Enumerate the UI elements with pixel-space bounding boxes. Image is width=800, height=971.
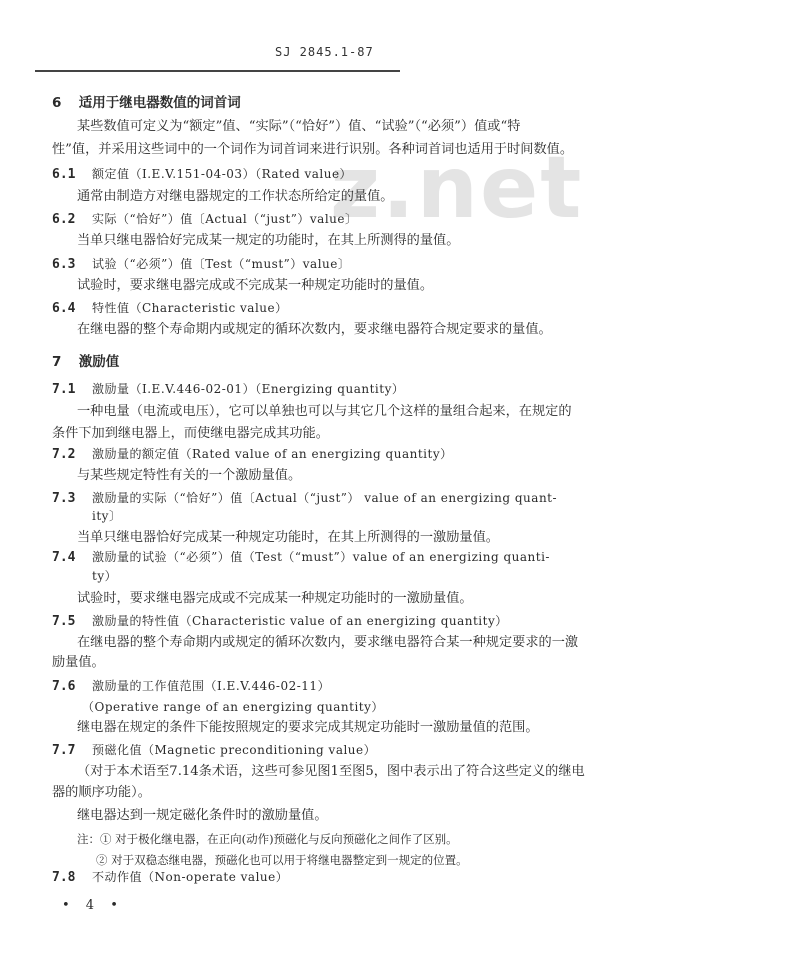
clause-body: 器的顺序功能）。	[52, 784, 151, 802]
clause-number: 7.5	[52, 613, 92, 631]
clause-body: 继电器在规定的条件下能按照规定的要求完成其规定功能时一激励量值的范围。	[77, 719, 539, 737]
clause-title: 激励量的试验（“必须”）值（Test（“must”）value of an en…	[92, 550, 550, 564]
clause-body: 条件下加到继电器上，而使继电器完成其功能。	[52, 425, 329, 443]
section-heading-7: 7 激励值	[52, 353, 119, 371]
page-number: • 4 •	[62, 898, 124, 913]
clause-heading-6-2: 6.2实际（“恰好”）值〔Actual（“just”）value〕	[52, 210, 358, 229]
clause-number: 7.2	[52, 446, 92, 464]
clause-title: 激励量的特性值（Characteristic value of an energ…	[92, 614, 508, 628]
clause-body: 当单只继电器恰好完成某一规定的功能时，在其上所测得的量值。	[77, 232, 459, 250]
paragraph: 性”值，并采用这些词中的一个词作为词首词来进行识别。各种词首词也适用于时间数值。	[52, 141, 573, 159]
section-heading-6: 6 适用于继电器数值的词首词	[52, 94, 241, 112]
clause-body: 在继电器的整个寿命期内或规定的循环次数内，要求继电器符合某一种规定要求的一激	[77, 634, 578, 652]
clause-heading-6-1: 6.1额定值（I.E.V.151-04-03）（Rated value）	[52, 165, 352, 184]
clause-body: 继电器达到一规定磁化条件时的激励量值。	[77, 807, 328, 825]
clause-body: 励量值。	[52, 654, 105, 672]
clause-body: 与某些规定特性有关的一个激励量值。	[77, 467, 301, 485]
paragraph: 某些数值可定义为“额定”值、“实际”（“恰好”）值、“试验”（“必须”）值或“特	[77, 118, 520, 136]
clause-body: 一种电量（电流或电压），它可以单独也可以与其它几个这样的量组合起来，在规定的	[77, 403, 572, 421]
clause-number: 7.7	[52, 742, 92, 760]
clause-heading-7-8: 7.8不动作值（Non-operate value）	[52, 868, 288, 887]
clause-heading-7-4: 7.4激励量的试验（“必须”）值（Test（“must”）value of an…	[52, 548, 550, 567]
note-1: 注：① 对于极化继电器，在正向(动作)预磁化与反向预磁化之间作了区别。	[77, 830, 458, 848]
note-2: ② 对于双稳态继电器，预磁化也可以用于将继电器整定到一规定的位置。	[96, 851, 468, 869]
clause-heading-6-3: 6.3试验（“必须”）值〔Test（“must”）value〕	[52, 255, 350, 274]
clause-title-continuation: （Operative range of an energizing quanti…	[82, 698, 384, 716]
clause-title: 特性值（Characteristic value）	[92, 301, 288, 315]
clause-title: 预磁化值（Magnetic preconditioning value）	[92, 743, 376, 757]
clause-heading-7-3: 7.3激励量的实际（“恰好”）值〔Actual（“just”） value of…	[52, 489, 557, 508]
header-rule	[35, 70, 400, 72]
clause-body: 试验时，要求继电器完成或不完成某一种规定功能时的一激励量值。	[77, 590, 473, 608]
clause-title: 激励量的实际（“恰好”）值〔Actual（“just”） value of an…	[92, 491, 557, 505]
clause-number: 6.3	[52, 256, 92, 274]
clause-title: 激励量的额定值（Rated value of an energizing qua…	[92, 447, 453, 461]
clause-number: 6.2	[52, 211, 92, 229]
clause-body: 通常由制造方对继电器规定的工作状态所给定的量值。	[77, 188, 394, 206]
clause-title-continuation: ity〕	[92, 507, 121, 525]
section-number: 7	[52, 353, 74, 371]
clause-number: 7.4	[52, 549, 92, 567]
clause-title: 实际（“恰好”）值〔Actual（“just”）value〕	[92, 212, 358, 226]
clause-heading-7-2: 7.2激励量的额定值（Rated value of an energizing …	[52, 445, 453, 464]
clause-heading-6-4: 6.4特性值（Characteristic value）	[52, 299, 288, 318]
clause-title: 试验（“必须”）值〔Test（“must”）value〕	[92, 257, 350, 271]
clause-heading-7-6: 7.6激励量的工作值范围（I.E.V.446-02-11）	[52, 677, 330, 696]
clause-number: 7.8	[52, 869, 92, 887]
clause-number: 6.1	[52, 166, 92, 184]
clause-title: 激励量（I.E.V.446-02-01）（Energizing quantity…	[92, 382, 404, 396]
clause-title: 不动作值（Non-operate value）	[92, 870, 288, 884]
clause-number: 7.6	[52, 678, 92, 696]
clause-body: 在继电器的整个寿命期内或规定的循环次数内，要求继电器符合规定要求的量值。	[77, 321, 552, 339]
clause-number: 6.4	[52, 300, 92, 318]
clause-body: 试验时，要求继电器完成或不完成某一种规定功能时的量值。	[77, 277, 433, 295]
clause-body: （对于本术语至7.14条术语，这些可参见图1至图5，图中表示出了符合这些定义的继…	[77, 763, 585, 781]
clause-heading-7-7: 7.7预磁化值（Magnetic preconditioning value）	[52, 741, 376, 760]
clause-heading-7-5: 7.5激励量的特性值（Characteristic value of an en…	[52, 612, 508, 631]
clause-body: 当单只继电器恰好完成某一种规定功能时，在其上所测得的一激励量值。	[77, 529, 499, 547]
standard-code: SJ 2845.1-87	[275, 45, 374, 59]
clause-title: 激励量的工作值范围（I.E.V.446-02-11）	[92, 679, 330, 693]
clause-number: 7.1	[52, 381, 92, 399]
section-number: 6	[52, 94, 74, 112]
clause-heading-7-1: 7.1激励量（I.E.V.446-02-01）（Energizing quant…	[52, 380, 404, 399]
section-title: 适用于继电器数值的词首词	[79, 95, 241, 111]
document-page: z.net SJ 2845.1-87 6 适用于继电器数值的词首词 某些数值可定…	[0, 0, 800, 971]
section-title: 激励值	[79, 354, 120, 370]
clause-title: 额定值（I.E.V.151-04-03）（Rated value）	[92, 167, 352, 181]
clause-number: 7.3	[52, 490, 92, 508]
clause-title-continuation: ty）	[92, 567, 117, 585]
